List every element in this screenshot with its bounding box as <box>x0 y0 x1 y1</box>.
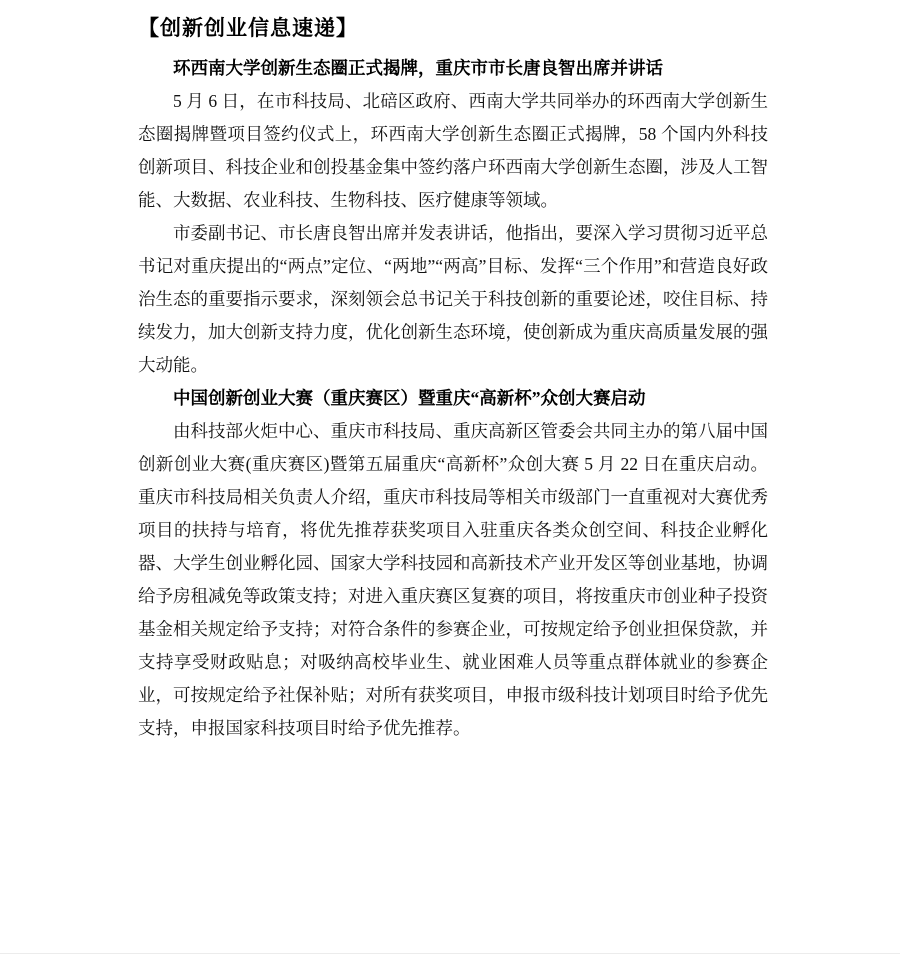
article-2-paragraph-1: 由科技部火炬中心、重庆市科技局、重庆高新区管委会共同主办的第八届中国创新创业大赛… <box>138 415 768 745</box>
article-1-paragraph-1: 5 月 6 日，在市科技局、北碚区政府、西南大学共同举办的环西南大学创新生态圈揭… <box>138 85 768 217</box>
article-1-headline: 环西南大学创新生态圈正式揭牌，重庆市市长唐良智出席并讲话 <box>138 52 768 85</box>
article-1-paragraph-2: 市委副书记、市长唐良智出席并发表讲话，他指出，要深入学习贯彻习近平总书记对重庆提… <box>138 217 768 382</box>
document-content: 【创新创业信息速递】 环西南大学创新生态圈正式揭牌，重庆市市长唐良智出席并讲话 … <box>138 14 768 745</box>
document-page: 【创新创业信息速递】 环西南大学创新生态圈正式揭牌，重庆市市长唐良智出席并讲话 … <box>0 0 900 954</box>
section-title: 【创新创业信息速递】 <box>138 14 768 44</box>
article-2-headline: 中国创新创业大赛（重庆赛区）暨重庆“高新杯”众创大赛启动 <box>138 382 768 415</box>
